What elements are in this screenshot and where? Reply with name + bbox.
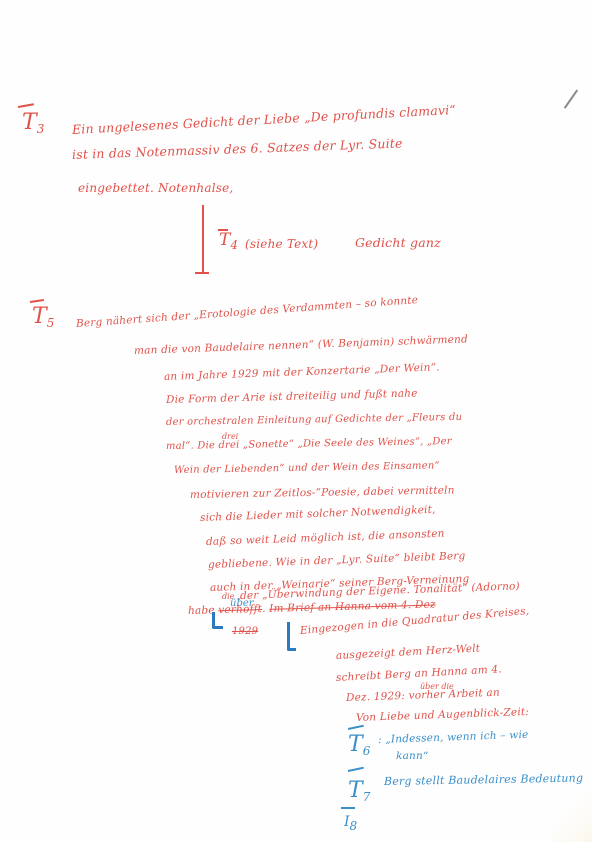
t4-note: (siehe Text) <box>245 237 318 251</box>
t5-line-1: Berg nähert sich der „Erotologie des Ver… <box>76 294 419 330</box>
t5-line-5: der orchestralen Einleitung auf Gedichte… <box>166 412 462 428</box>
pencil-stroke-mark <box>564 90 578 109</box>
t3-marker-index: 3 <box>37 122 45 136</box>
t3-line-3: eingebettet. Notenhalse, <box>78 181 233 195</box>
t5-line-11: gebliebene. Wie in der „Lyr. Suite“ blei… <box>208 550 466 571</box>
t5-struck-line: habe verhofft. Im Brief an Hanna vom 4. … <box>188 599 436 617</box>
t5-line-3: an im Jahre 1929 mit der Konzertarie „De… <box>164 361 440 383</box>
t7-marker-letter: T <box>348 778 363 803</box>
t4-marker-letter: T <box>219 230 230 250</box>
t5-marker: T5 <box>32 306 54 329</box>
t5-marker-index: 5 <box>47 316 55 330</box>
paper-edge-shading <box>552 782 592 842</box>
t4-trailing: Gedicht ganz <box>355 235 441 250</box>
t3-marker-letter: T <box>22 110 37 135</box>
t3-line-1: Ein ungelesenes Gedicht der Liebe „De pr… <box>72 102 457 137</box>
t5-line-9: sich die Lieder mit solcher Notwendigkei… <box>200 504 436 524</box>
t4-foot-bar <box>195 272 209 274</box>
t5-cont-line-5: Von Liebe und Augenblick-Zeit: <box>356 706 529 724</box>
t6-line-2: kann“ <box>396 750 429 762</box>
t8-marker-index: 8 <box>350 819 358 833</box>
t7-marker-overbar <box>348 767 364 772</box>
t8-marker: TI8 <box>344 812 357 832</box>
t6-line-1: : „Indessen, wenn ich – wie <box>378 729 529 746</box>
t3-line-2: ist in das Notenmassiv des 6. Satzes der… <box>72 135 403 162</box>
blue-insert-bracket-1 <box>212 612 223 629</box>
t3-marker: T3 <box>22 112 44 135</box>
t8-divider <box>341 807 355 809</box>
t4-marker-index: 4 <box>230 238 238 252</box>
t4-marker: T4 <box>219 232 238 251</box>
t6-marker-letter: T <box>348 732 363 757</box>
t7-marker: T7 <box>348 780 370 803</box>
t5-cont-line-2: ausgezeigt dem Herz-Welt <box>336 642 481 662</box>
t5-line-2: man die von Baudelaire nennen“ (W. Benja… <box>134 333 468 357</box>
t5-marker-letter: T <box>32 304 47 329</box>
t5-struck-tail: Im Brief an Hanna vom 4. Dez <box>269 599 436 615</box>
t7-marker-index: 7 <box>363 790 371 804</box>
t5-cont-line-3: schreibt Berg an Hanna am 4. <box>336 663 502 684</box>
t5-line-4: Die Form der Arie ist dreiteilig und fuß… <box>166 387 418 406</box>
t4-vertical-bar <box>202 205 204 273</box>
t6-marker-overbar <box>348 725 364 730</box>
t5-insert-uber: über <box>230 598 254 609</box>
t5-line-6: mal“. Die drei „Sonette“ „Die Seele des … <box>166 436 452 452</box>
t5-cont-line-4: Dez. 1929: vorher Arbeit an <box>346 687 500 704</box>
t5-struck-year: 1929 <box>232 626 258 637</box>
t3-marker-overbar <box>18 103 34 107</box>
blue-insert-bracket-2 <box>287 622 296 651</box>
t5-line-8: motivieren zur Zeitlos-“Poesie, dabei ve… <box>190 484 455 501</box>
t5-marker-overbar <box>30 299 44 302</box>
manuscript-page: T3 Ein ungelesenes Gedicht der Liebe „De… <box>0 0 592 842</box>
t5-line-10: daß so weit Leid möglich ist, die ansons… <box>206 528 445 548</box>
t6-marker-index: 6 <box>363 744 371 758</box>
t5-line-7: Wein der Liebenden“ und der Wein des Ein… <box>174 460 440 476</box>
t6-marker: T6 <box>348 734 370 757</box>
